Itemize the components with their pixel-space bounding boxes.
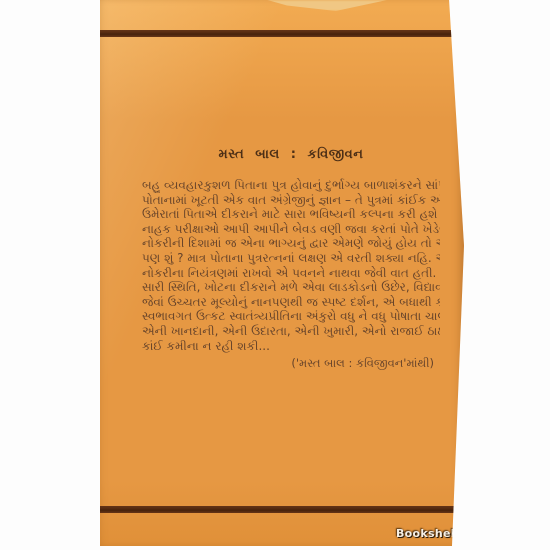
book-page: મસ્ત બાલ : કવિજીવન બહુ વ્યવહારકુશળ પિતાન… bbox=[100, 0, 464, 546]
body-paragraph: બહુ વ્યવહારકુશળ પિતાના પુત્ર હોવાનું દુર… bbox=[142, 178, 440, 353]
body-line: સારી સ્થિતિ, ખોટના દીકરાને મળે એવા લાડકો… bbox=[142, 280, 440, 295]
bookshelf-watermark: Bookshelf bbox=[396, 527, 460, 540]
body-line: પોતાનામાં ખૂટતી એક વાત અંગ્રેજીનું જ્ઞાન… bbox=[142, 193, 440, 208]
attribution: ('મસ્ત બાલ : કવિજીવન'માંથી) bbox=[142, 356, 434, 371]
body-line: એની ખાનદાની, એની ઉદારતા, એની ખુમારી, એનો… bbox=[142, 324, 440, 339]
body-line: જેવાં ઉચ્ચતર મૂલ્યોનું નાનપણથી જ સ્પષ્ટ … bbox=[142, 295, 440, 310]
body-line: કાંઈ કમીના ન રહી શકી... bbox=[142, 339, 440, 354]
body-line: પણ શું ? માત્ર પોતાના પુત્રરત્નનાં લક્ષણ… bbox=[142, 251, 440, 266]
body-line: નાહક પરીક્ષાઓ આપી આપીને બેવડ વણી જવા કરત… bbox=[142, 222, 440, 237]
body-line: નોકરીના નિયંત્રણમાં રાખવો એ પવનને નાથવા … bbox=[142, 266, 440, 281]
page-heading: મસ્ત બાલ : કવિજીવન bbox=[142, 147, 440, 162]
body-line: બહુ વ્યવહારકુશળ પિતાના પુત્ર હોવાનું દુર… bbox=[142, 178, 440, 193]
body-line: નોકરીની દિશામાં જ એના ભાગ્યનું દ્વાર એમણ… bbox=[142, 236, 440, 251]
body-line: ઉમેરાતાં પિતાએ દીકરાને માટે સારા ભવિષ્યન… bbox=[142, 207, 440, 222]
bottom-white-strip bbox=[0, 546, 550, 550]
body-line: સ્વભાવગત ઉત્કટ સ્વાતંત્ર્યપ્રીતિના અંકુર… bbox=[142, 309, 440, 324]
text-column: મસ્ત બાલ : કવિજીવન બહુ વ્યવહારકુશળ પિતાન… bbox=[142, 0, 440, 546]
